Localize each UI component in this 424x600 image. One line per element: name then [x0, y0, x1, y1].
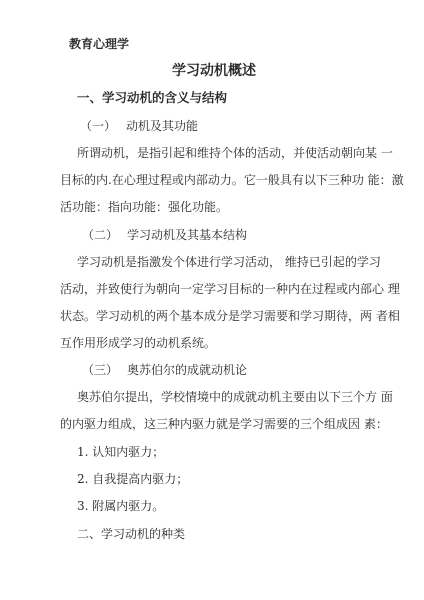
- paragraph-line: 学习动机是指激发个体进行学习活动， 维持已引起的学习: [77, 255, 381, 269]
- paragraph-line: 奥苏伯尔提出，学校情境中的成就动机主要由以下三个方 面: [77, 390, 393, 404]
- document-title: 学习动机概述: [172, 64, 256, 78]
- list-item: 2. 自我提高内驱力；: [77, 472, 188, 486]
- section-2-heading: 二、学习动机的种类: [77, 527, 185, 541]
- paragraph-line: 所谓动机，是指引起和维持个体的活动，并使活动朝向某 一: [77, 146, 393, 160]
- document-header: 教育心理学: [69, 37, 129, 51]
- subsection-2-marker: （二）: [82, 228, 118, 242]
- subsection-1-marker: （一）: [80, 119, 116, 133]
- list-item: 3. 附属内驱力。: [77, 499, 164, 513]
- subsection-3-marker: （三）: [82, 363, 118, 377]
- paragraph-line: 活动，并致使行为朝向一定学习目标的一种内在过程或内部心 理: [60, 282, 400, 296]
- paragraph-line: 活功能：指向功能：强化功能。: [60, 200, 228, 214]
- paragraph-line: 状态。学习动机的两个基本成分是学习需要和学习期待，两 者相: [60, 309, 400, 323]
- paragraph-line: 目标的内.在心理过程或内部动力。它一般具有以下三种功 能：激: [60, 173, 404, 187]
- subsection-3-heading: 奥苏伯尔的成就动机论: [127, 363, 247, 377]
- section-1-heading: 一、学习动机的含义与结构: [77, 91, 227, 105]
- list-item: 1. 认知内驱力；: [77, 445, 164, 459]
- subsection-2-heading: 学习动机及其基本结构: [127, 228, 247, 242]
- paragraph-line: 互作用形成学习的动机系统。: [60, 336, 216, 350]
- subsection-1-heading: 动机及其功能: [126, 119, 198, 133]
- paragraph-line: 的内驱力组成，这三种内驱力就是学习需要的三个组成因 素：: [60, 417, 388, 431]
